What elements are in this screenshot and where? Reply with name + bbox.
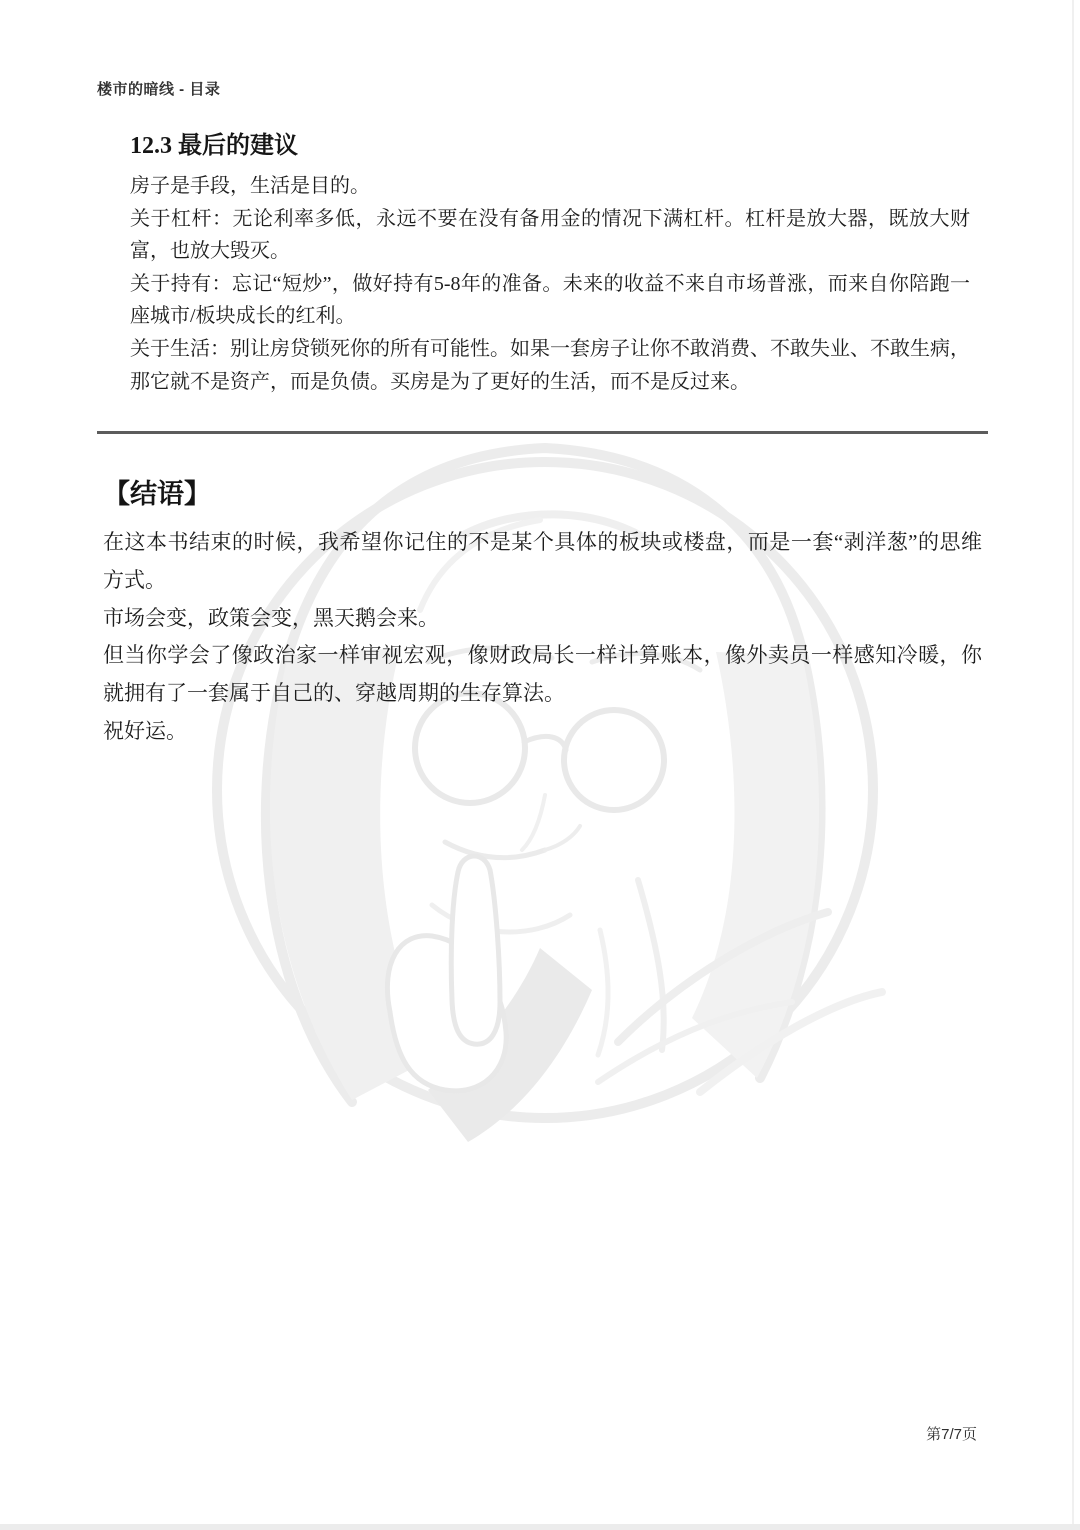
section-final-advice: 12.3 最后的建议 房子是手段，生活是目的。 关于杠杆：无论利率多低，永远不要… xyxy=(130,131,970,398)
document-header-title: 楼市的暗线 - 目录 xyxy=(97,78,220,99)
page-right-border xyxy=(1072,0,1074,1530)
section-divider xyxy=(97,431,988,434)
paragraph-life: 关于生活：别让房贷锁死你的所有可能性。如果一套房子让你不敢消费、不敢失业、不敢生… xyxy=(130,333,970,398)
section-final-advice-title: 12.3 最后的建议 xyxy=(130,131,970,161)
section-conclusion-title: 【结语】 xyxy=(103,476,982,512)
paragraph-holding: 关于持有：忘记“短炒”，做好持有5-8年的准备。未来的收益不来自市场普涨，而来自… xyxy=(130,268,970,333)
document-page: { "page": { "header": "楼市的暗线 - 目录", "foo… xyxy=(0,0,1080,1530)
page-number: 第7/7页 xyxy=(926,1423,977,1444)
page-bottom-edge xyxy=(0,1524,1080,1530)
paragraph-market-change: 市场会变，政策会变，黑天鹅会来。 xyxy=(103,600,982,638)
paragraph-good-luck: 祝好运。 xyxy=(103,713,982,751)
section-conclusion: 【结语】 在这本书结束的时候，我希望你记住的不是某个具体的板块或楼盘，而是一套“… xyxy=(103,476,982,751)
paragraph-leverage: 关于杠杆：无论利率多低，永远不要在没有备用金的情况下满杠杆。杠杆是放大器，既放大… xyxy=(130,203,970,268)
paragraph-house-purpose: 房子是手段，生活是目的。 xyxy=(130,170,970,203)
paragraph-onion-mindset: 在这本书结束的时候，我希望你记住的不是某个具体的板块或楼盘，而是一套“剥洋葱”的… xyxy=(103,524,982,600)
paragraph-survival-algorithm: 但当你学会了像政治家一样审视宏观，像财政局长一样计算账本，像外卖员一样感知冷暖，… xyxy=(103,637,982,713)
